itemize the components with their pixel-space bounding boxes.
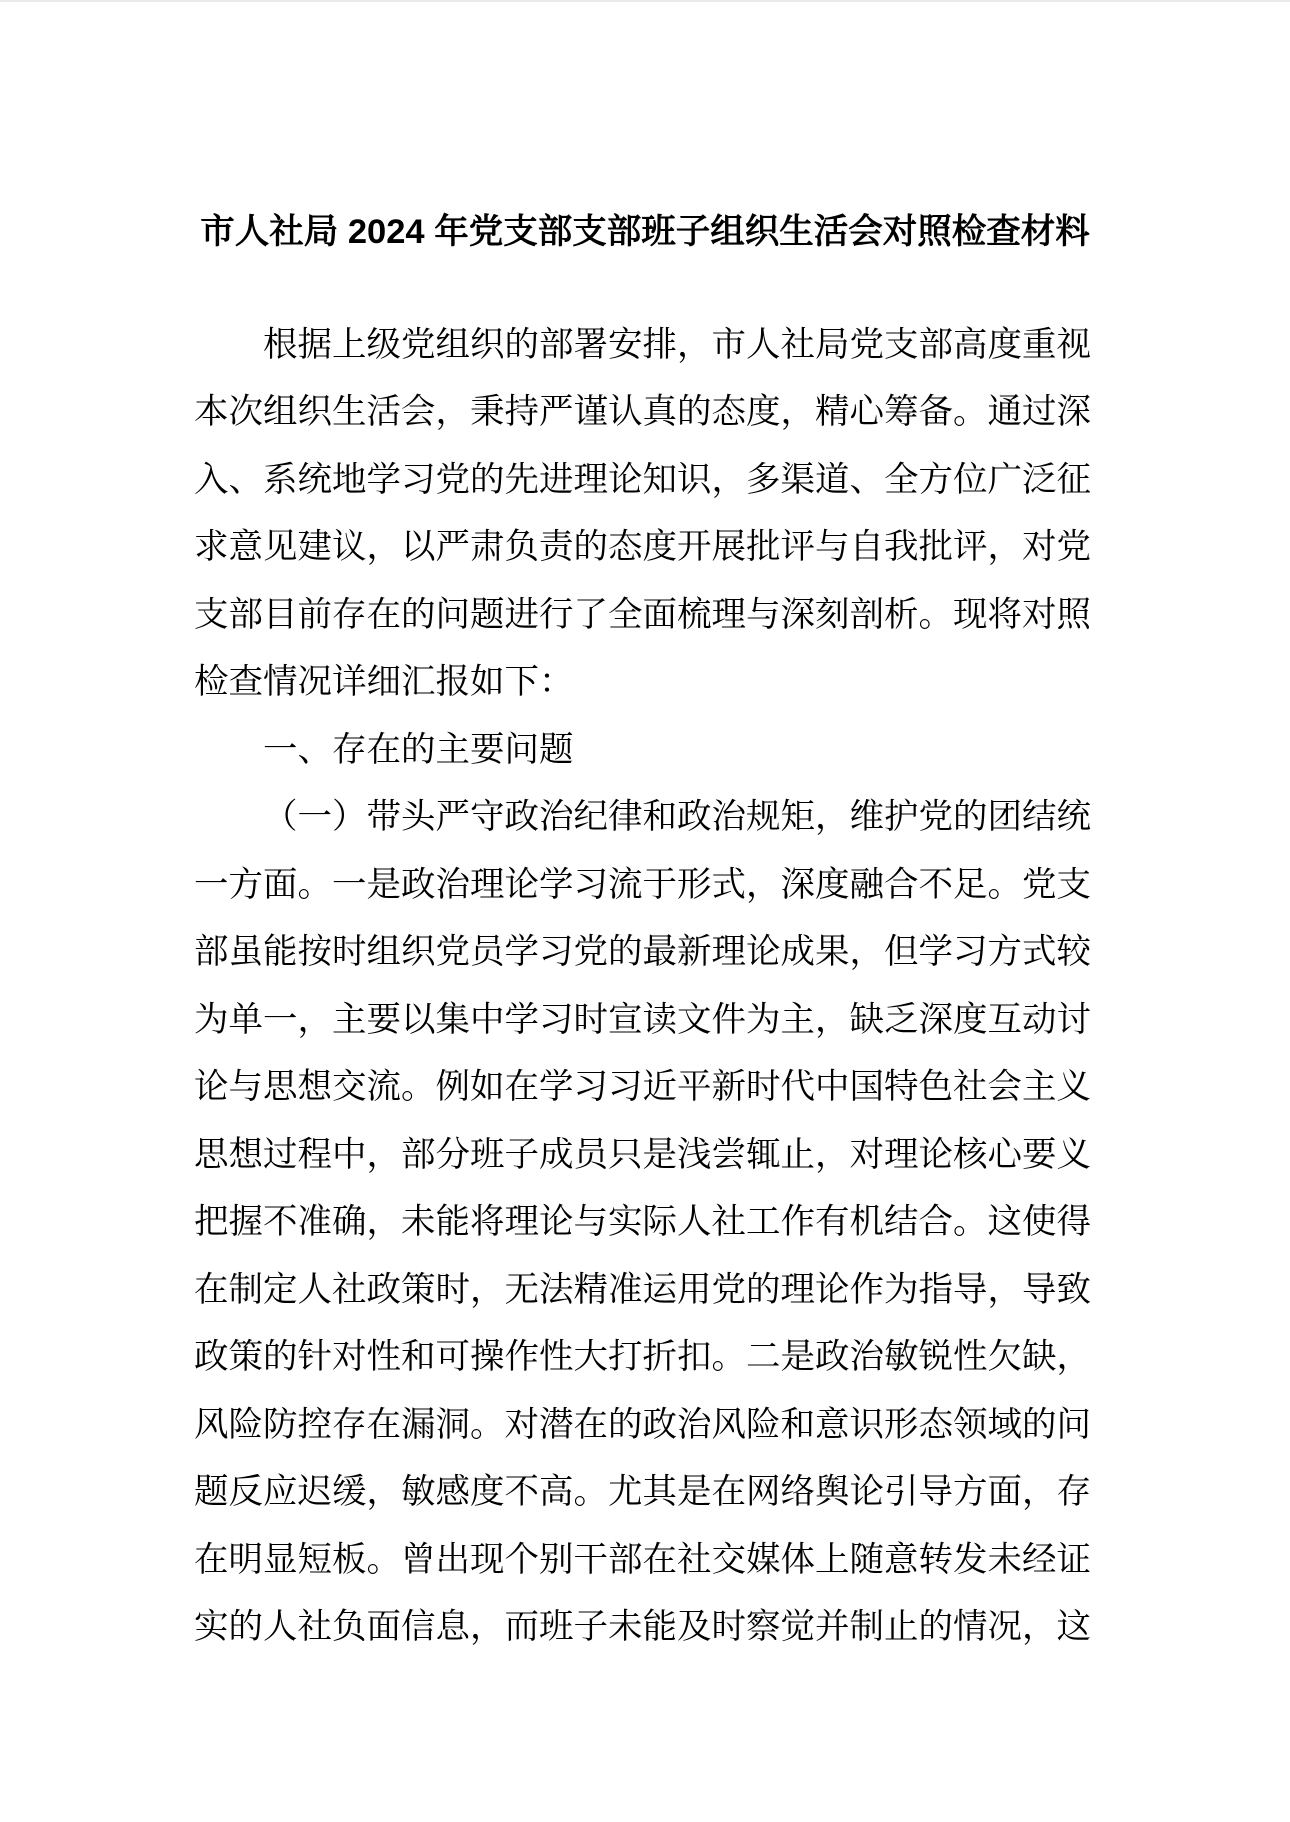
section-paragraph-political-discipline: （一）带头严守政治纪律和政治规矩，维护党的团结统一方面。一是政治理论学习流于形式… [194, 784, 1091, 1662]
document-title: 市人社局 2024 年党支部支部班子组织生活会对照检查材料 [0, 199, 1290, 267]
section-heading-main-problems: 一、存在的主要问题 [194, 717, 1091, 785]
intro-paragraph: 根据上级党组织的部署安排，市人社局党支部高度重视本次组织生活会，秉持严谨认真的态… [194, 312, 1091, 717]
document-body: 根据上级党组织的部署安排，市人社局党支部高度重视本次组织生活会，秉持严谨认真的态… [194, 312, 1091, 1662]
document-page: 市人社局 2024 年党支部支部班子组织生活会对照检查材料 根据上级党组织的部署… [0, 2, 1290, 1662]
